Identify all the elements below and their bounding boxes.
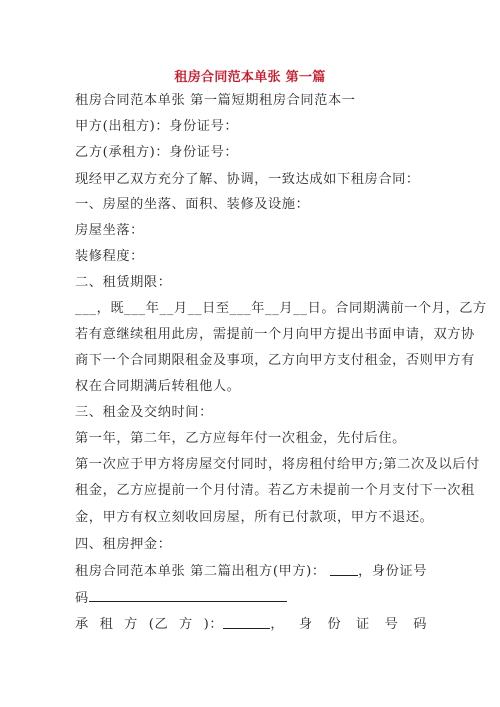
document-page: 租房合同范本单张 第一篇 租房合同范本单张 第一篇短期租房合同范本一 甲方(出租…: [0, 0, 500, 707]
landlord-id-line: 码: [75, 589, 427, 608]
rent-payment-line-2: 第一次应于甲方将房屋交付同时，将房租付给甲方;第二次及以后付: [75, 456, 427, 474]
id-code-label: 码: [75, 591, 89, 606]
section-1-heading: 一、房屋的坐落、面积、装修及设施：: [75, 196, 427, 214]
term-paragraph-line-4: 权在合同期满后转租他人。: [75, 378, 427, 396]
rent-payment-line-1: 第一年，第二年，乙方应每年付一次租金，先付后住。: [75, 430, 427, 448]
landlord-label: 租房合同范本单张 第二篇出租方(甲方)：: [75, 563, 326, 581]
term-paragraph-line-2: 若有意继续租用此房，需提前一个月向甲方提出书面申请，双方协: [75, 326, 427, 344]
property-location-line: 房屋坐落：: [75, 222, 427, 240]
landlord-line: 租房合同范本单张 第二篇出租方(甲方)： ，身份证号: [75, 563, 427, 581]
term-paragraph-line-3: 商下一个合同期限租金及事项，乙方向甲方支付租金，否则甲方有: [75, 352, 427, 370]
section-3-heading: 三、租金及交纳时间：: [75, 404, 427, 422]
tenant-id-label: ， 身 份 证 号 码: [270, 616, 427, 634]
decoration-line: 装修程度：: [75, 248, 427, 266]
party-a-line: 甲方(出租方)：身份证号：: [75, 118, 427, 136]
term-paragraph-line-1: ___，既___年__月__日至___年__月__日。合同期满前一个月，乙方: [75, 300, 427, 318]
tenant-line: 承 租 方 (乙 方 )： ， 身 份 证 号 码: [75, 616, 427, 634]
section-4-heading: 四、租房押金：: [75, 536, 427, 554]
rent-payment-line-3: 租金，乙方应提前一个月付清。若乙方未提前一个月支付下一次租: [75, 482, 427, 500]
intro-line: 租房合同范本单张 第一篇短期租房合同范本一: [75, 92, 427, 110]
landlord-name-blank[interactable]: [330, 563, 358, 576]
document-title: 租房合同范本单张 第一篇: [0, 66, 500, 85]
tenant-label: 承 租 方 (乙 方 )：: [75, 616, 223, 634]
tenant-name-blank[interactable]: [223, 616, 270, 629]
landlord-id-blank[interactable]: [89, 589, 287, 602]
agreement-line: 现经甲乙双方充分了解、协调，一致达成如下租房合同：: [75, 171, 427, 189]
section-2-heading: 二、租赁期限：: [75, 274, 427, 292]
rent-payment-line-4: 金，甲方有权立刻收回房屋，所有已付款项，甲方不退还。: [75, 509, 427, 527]
landlord-id-label: ，身份证号: [358, 563, 427, 581]
party-b-line: 乙方(承租方)：身份证号：: [75, 144, 427, 162]
